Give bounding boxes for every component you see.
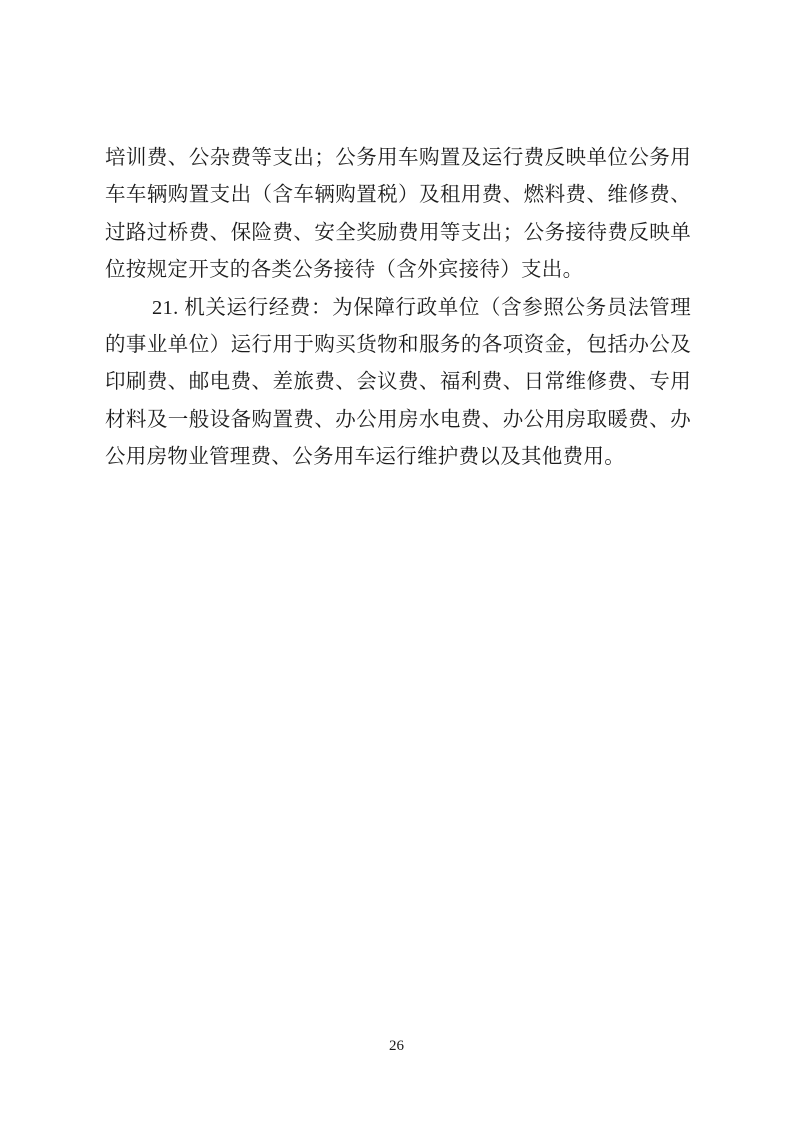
document-page: 培训费、公杂费等支出；公务用车购置及运行费反映单位公务用车车辆购置支出（含车辆购… — [0, 0, 793, 1122]
text-line: 印刷费、邮电费、差旅费、会议费、福利费、日常维修费、专用 — [105, 364, 691, 401]
page-number: 26 — [0, 1036, 793, 1056]
text-line: 车车辆购置支出（含车辆购置税）及租用费、燃料费、维修费、 — [105, 177, 691, 214]
document-body: 培训费、公杂费等支出；公务用车购置及运行费反映单位公务用车车辆购置支出（含车辆购… — [105, 140, 691, 477]
text-line: 的事业单位）运行用于购买货物和服务的各项资金，包括办公及 — [105, 327, 691, 364]
text-line: 21. 机关运行经费：为保障行政单位（含参照公务员法管理 — [105, 290, 691, 327]
text-line: 过路过桥费、保险费、安全奖励费用等支出；公务接待费反映单 — [105, 215, 691, 252]
text-line: 材料及一般设备购置费、办公用房水电费、办公用房取暖费、办 — [105, 402, 691, 439]
text-line: 培训费、公杂费等支出；公务用车购置及运行费反映单位公务用 — [105, 140, 691, 177]
text-line: 位按规定开支的各类公务接待（含外宾接待）支出。 — [105, 252, 691, 289]
text-line: 公用房物业管理费、公务用车运行维护费以及其他费用。 — [105, 439, 691, 476]
